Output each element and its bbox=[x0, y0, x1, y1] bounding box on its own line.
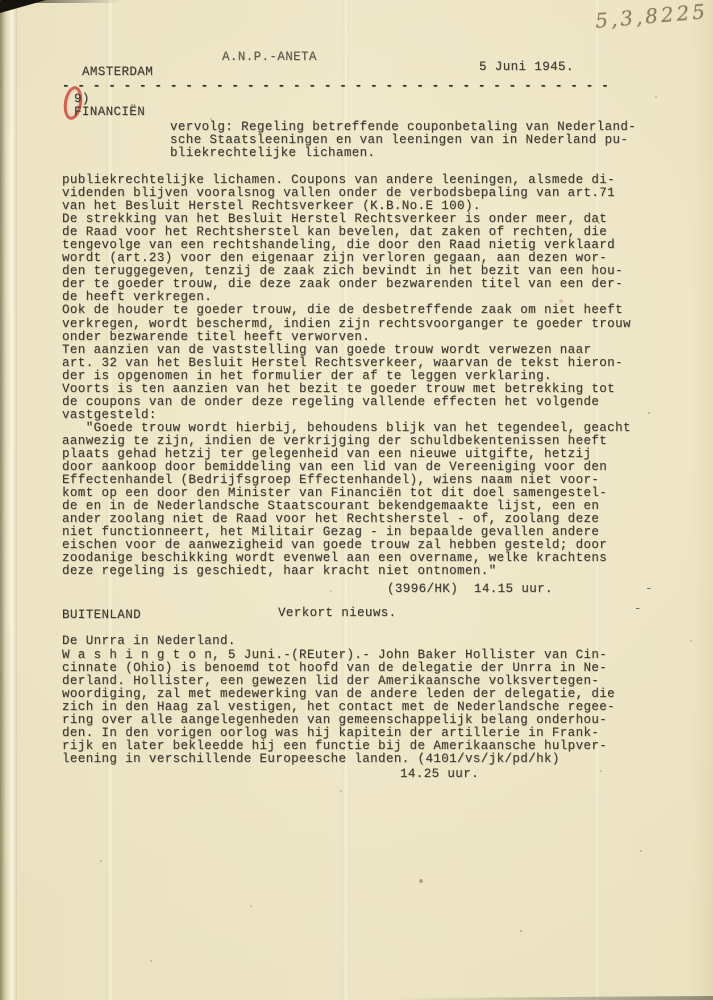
stray-typed-mark: - bbox=[634, 602, 642, 616]
text-line: Ook de houder te goeder trouw, die de de… bbox=[62, 304, 631, 317]
text-line: Ten aanzien van de vaststelling van goed… bbox=[62, 344, 631, 357]
scan-edge-left bbox=[0, 0, 6, 1000]
text-line: onder bezwarende titel heeft verworven. bbox=[62, 331, 631, 344]
scanned-telegram-page: 5,3,8225 A.N.P.-ANETA AMSTERDAM 5 Juni 1… bbox=[0, 0, 713, 1000]
text-line: Voorts is ten aanzien van het bezit te g… bbox=[62, 383, 631, 396]
text-line: bliekrechtelijke lichamen. bbox=[170, 147, 636, 160]
stray-typed-mark: - bbox=[645, 582, 653, 596]
text-line: "Goede trouw wordt hierbij, behoudens bl… bbox=[62, 422, 631, 435]
financien-signoff-timestamp: (3996/HK) 14.15 uur. bbox=[387, 582, 553, 596]
dashed-separator: - - - - - - - - - - - - - - - - - - - - … bbox=[62, 79, 609, 93]
buitenland-timestamp: 14.25 uur. bbox=[400, 767, 479, 781]
agency-name: A.N.P.-ANETA bbox=[222, 50, 317, 64]
article-title: De Unrra in Nederland. bbox=[62, 634, 236, 648]
buitenland-subheading: Verkort nieuws. bbox=[278, 606, 397, 620]
text-line: de coupons van de onder deze regeling va… bbox=[62, 396, 631, 409]
date: 5 Juni 1945. bbox=[479, 60, 574, 74]
buitenland-body: W a s h i n g t o n, 5 Juni.-(REuter).- … bbox=[62, 649, 615, 766]
text-line: art. 32 van het Besluit Herstel Rechtsve… bbox=[62, 357, 631, 370]
section-heading-financien: FINANCIËN bbox=[74, 105, 145, 119]
text-line: deze regeling is geschiedt, haar kracht … bbox=[62, 565, 631, 578]
scan-edge-top bbox=[0, 0, 120, 3]
city-dateline: AMSTERDAM bbox=[82, 65, 153, 79]
text-line: leening in verschillende Europeesche lan… bbox=[62, 753, 615, 766]
text-line: verkregen, wordt beschermd, indien zijn … bbox=[62, 318, 631, 331]
financien-body: publiekrechtelijke lichamen. Coupons van… bbox=[62, 174, 631, 578]
text-line: der is opgenomen in het formulier der af… bbox=[62, 370, 631, 383]
financien-subtitle: vervolg: Regeling betreffende couponbeta… bbox=[170, 121, 636, 160]
text-line: vastgesteld: bbox=[62, 409, 631, 422]
paper-specks bbox=[0, 0, 2, 2]
section-heading-buitenland: BUITENLAND bbox=[62, 608, 141, 622]
item-number: 9) bbox=[74, 92, 90, 106]
